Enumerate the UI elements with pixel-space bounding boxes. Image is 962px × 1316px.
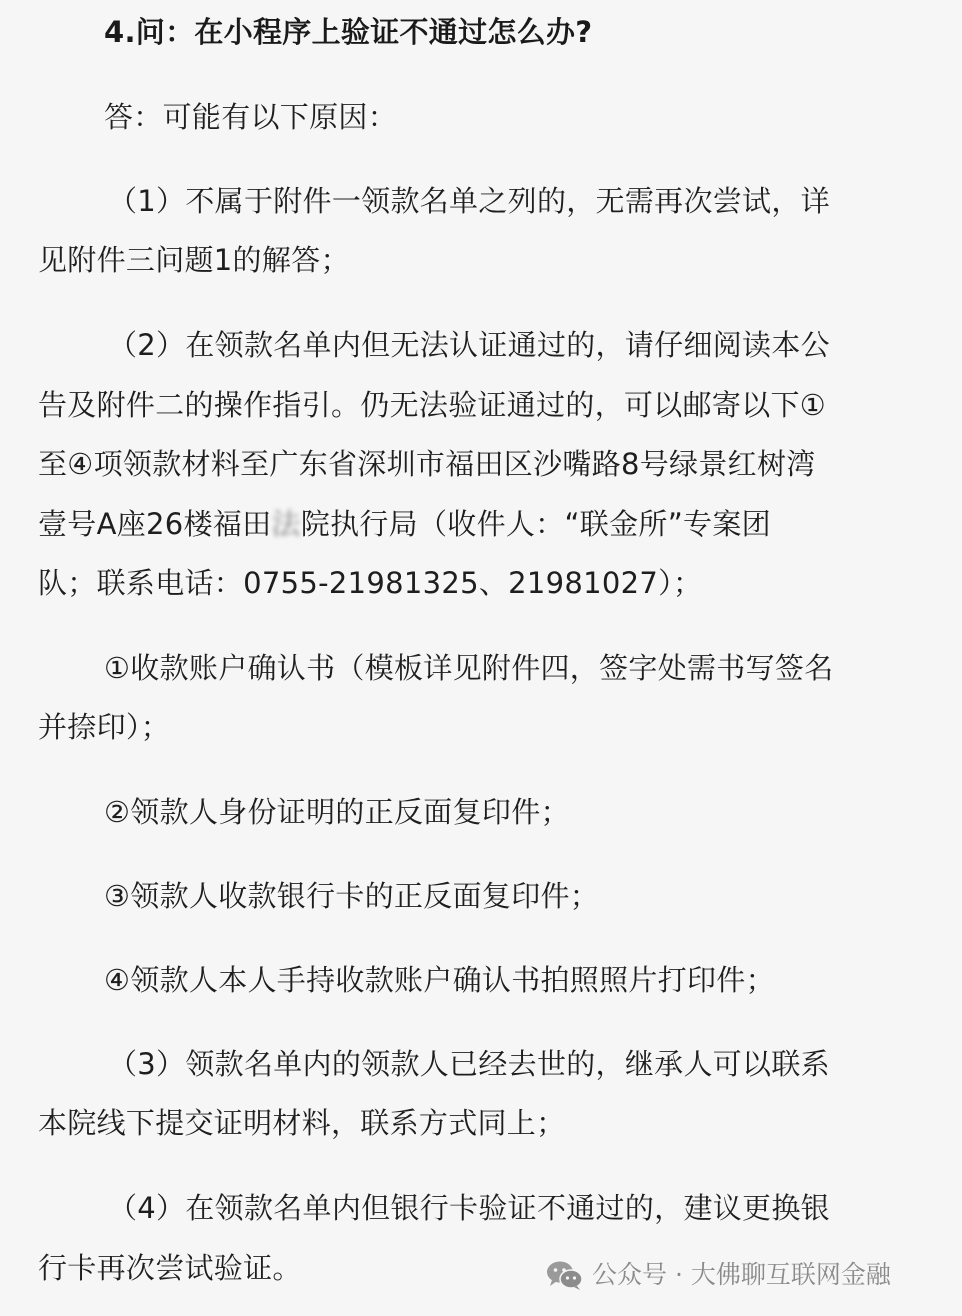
question-heading: 4.问：在小程序上验证不通过怎么办? — [104, 12, 592, 52]
reason-3-line-2: 本院线下提交证明材料，联系方式同上； — [38, 1103, 565, 1143]
reason-2-line-2: 告及附件二的操作指引。仍无法验证通过的，可以邮寄以下① — [38, 385, 826, 425]
reason-4-line-1: （4）在领款名单内但银行卡验证不通过的，建议更换银 — [108, 1188, 830, 1228]
material-3: ③领款人收款银行卡的正反面复印件； — [104, 876, 599, 916]
reason-2-line-1: （2）在领款名单内但无法认证通过的，请仔细阅读本公 — [108, 325, 830, 365]
reason-2-line-5: 队；联系电话：0755-21981325、21981027）； — [38, 563, 702, 603]
reason-2-line-4: 壹号A座26楼福田法院执行局（收件人：“联金所”专案团 — [38, 504, 771, 544]
material-1-line-2: 并捺印）； — [38, 707, 170, 747]
answer-intro: 答：可能有以下原因： — [104, 97, 397, 137]
reason-4-line-2: 行卡再次尝试验证。 — [38, 1248, 302, 1288]
reason-1-line-2: 见附件三问题1的解答； — [38, 240, 350, 280]
wechat-icon — [546, 1260, 584, 1290]
document-page: 4.问：在小程序上验证不通过怎么办? 答：可能有以下原因： （1）不属于附件一领… — [0, 0, 962, 1316]
material-4: ④领款人本人手持收款账户确认书拍照照片打印件； — [104, 960, 775, 1000]
watermark: 公众号 · 大佛聊互联网金融 — [546, 1258, 891, 1292]
blurred-character: 法 — [271, 507, 300, 541]
material-1-line-1: ①收款账户确认书（模板详见附件四，签字处需书写签名 — [104, 648, 834, 688]
reason-1-line-1: （1）不属于附件一领款名单之列的，无需再次尝试，详 — [108, 181, 830, 221]
reason-2-line-3: 至④项领款材料至广东省深圳市福田区沙嘴路8号绿景红树湾 — [38, 444, 816, 484]
address-part-2: 院执行局（收件人：“联金所”专案团 — [301, 507, 771, 541]
reason-3-line-1: （3）领款名单内的领款人已经去世的，继承人可以联系 — [108, 1044, 830, 1084]
watermark-text: 公众号 · 大佛聊互联网金融 — [592, 1258, 891, 1292]
material-2: ②领款人身份证明的正反面复印件； — [104, 792, 570, 832]
address-part-1: 壹号A座26楼福田 — [38, 507, 271, 541]
